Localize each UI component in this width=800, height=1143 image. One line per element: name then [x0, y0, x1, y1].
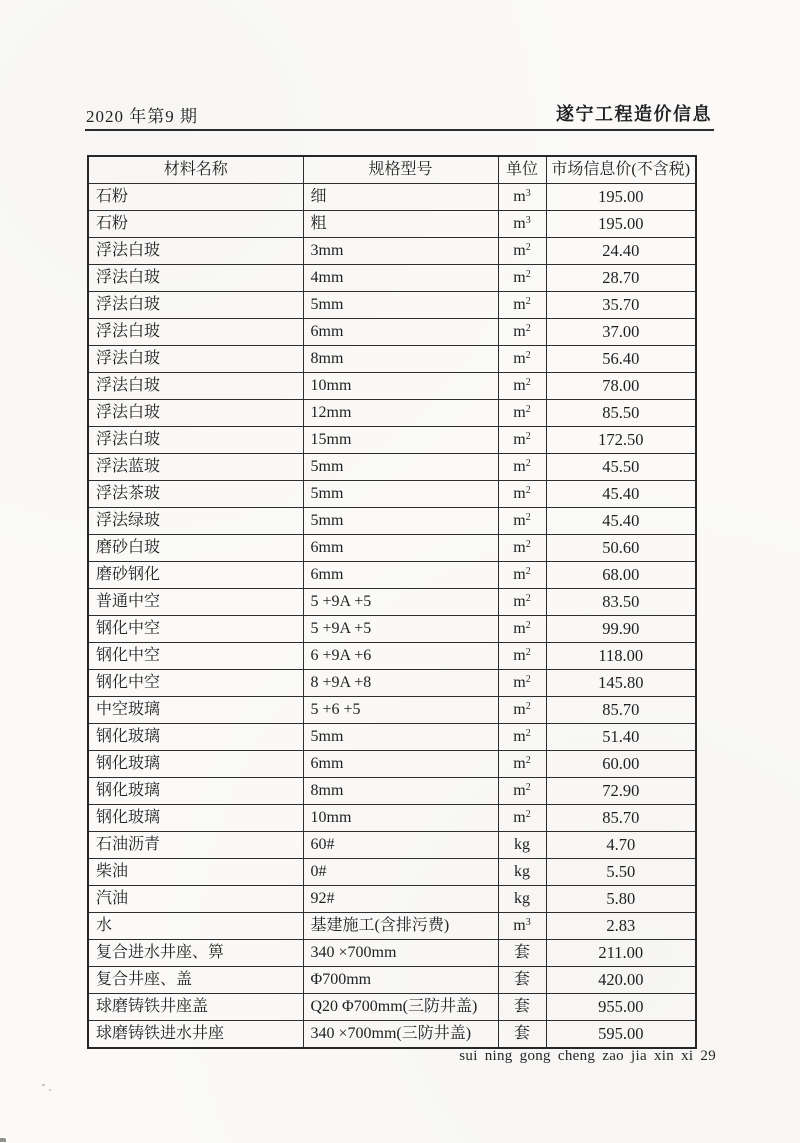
price-cell: 211.00 [546, 940, 696, 967]
spec-cell: 60# [303, 832, 498, 859]
unit-base: m [513, 782, 525, 799]
unit-cell: kg [498, 859, 546, 886]
table-row: 钢化中空8 +9A +8m2145.80 [88, 670, 696, 697]
unit-exponent: 2 [526, 593, 531, 604]
table-row: 磨砂白玻6mmm250.60 [88, 535, 696, 562]
table-row: 浮法白玻10mmm278.00 [88, 373, 696, 400]
unit-base: m [513, 323, 525, 340]
unit-base: m [513, 674, 525, 691]
spec-cell: 5 +9A +5 [303, 616, 498, 643]
material-name-cell: 钢化中空 [88, 616, 303, 643]
unit-cell: m2 [498, 805, 546, 832]
price-cell: 85.70 [546, 697, 696, 724]
material-price-table: 材料名称规格型号单位市场信息价(不含税) 石粉细m3195.00石粉粗m3195… [87, 155, 697, 1049]
unit-cell: m3 [498, 913, 546, 940]
table-row: 复合进水井座、箅340 ×700mm套211.00 [88, 940, 696, 967]
price-cell: 68.00 [546, 562, 696, 589]
table-row: 汽油92#kg5.80 [88, 886, 696, 913]
spec-cell: 4mm [303, 265, 498, 292]
spec-cell: 5mm [303, 481, 498, 508]
column-header: 市场信息价(不含税) [546, 156, 696, 184]
table-row: 浮法白玻12mmm285.50 [88, 400, 696, 427]
unit-cell: m2 [498, 454, 546, 481]
unit-cell: m2 [498, 373, 546, 400]
material-name-cell: 石粉 [88, 184, 303, 211]
material-name-cell: 浮法白玻 [88, 427, 303, 454]
spec-cell: 基建施工(含排污费) [303, 913, 498, 940]
price-cell: 28.70 [546, 265, 696, 292]
spec-cell: 8 +9A +8 [303, 670, 498, 697]
unit-base: 套 [514, 944, 530, 961]
unit-cell: m2 [498, 778, 546, 805]
material-name-cell: 球磨铸铁进水井座 [88, 1021, 303, 1049]
price-cell: 24.40 [546, 238, 696, 265]
unit-exponent: 2 [526, 674, 531, 685]
spec-cell: 340 ×700mm(三防井盖) [303, 1021, 498, 1049]
unit-exponent: 2 [526, 647, 531, 658]
unit-base: m [513, 350, 525, 367]
material-name-cell: 普通中空 [88, 589, 303, 616]
table-row: 复合井座、盖Φ700mm套420.00 [88, 967, 696, 994]
table-row: 钢化玻璃10mmm285.70 [88, 805, 696, 832]
spec-cell: 340 ×700mm [303, 940, 498, 967]
material-name-cell: 球磨铸铁井座盖 [88, 994, 303, 1021]
price-cell: 5.50 [546, 859, 696, 886]
material-name-cell: 浮法白玻 [88, 346, 303, 373]
spec-cell: 5mm [303, 292, 498, 319]
unit-base: m [513, 404, 525, 421]
unit-exponent: 2 [526, 701, 531, 712]
unit-cell: m2 [498, 562, 546, 589]
unit-cell: m2 [498, 481, 546, 508]
material-name-cell: 汽油 [88, 886, 303, 913]
price-cell: 955.00 [546, 994, 696, 1021]
price-cell: 118.00 [546, 643, 696, 670]
spec-cell: Φ700mm [303, 967, 498, 994]
spec-cell: 10mm [303, 373, 498, 400]
unit-exponent: 3 [526, 188, 531, 199]
table-row: 钢化玻璃8mmm272.90 [88, 778, 696, 805]
column-header: 单位 [498, 156, 546, 184]
unit-exponent: 2 [526, 431, 531, 442]
table-row: 钢化玻璃5mmm251.40 [88, 724, 696, 751]
table-row: 浮法茶玻5mmm245.40 [88, 481, 696, 508]
table-row: 中空玻璃5 +6 +5m285.70 [88, 697, 696, 724]
unit-base: 套 [514, 971, 530, 988]
unit-exponent: 3 [526, 917, 531, 928]
spec-cell: 5 +6 +5 [303, 697, 498, 724]
header-rule [85, 129, 714, 131]
price-cell: 195.00 [546, 211, 696, 238]
unit-cell: m2 [498, 751, 546, 778]
table-row: 球磨铸铁井座盖Q20 Φ700mm(三防井盖)套955.00 [88, 994, 696, 1021]
issue-label: 2020 年第9 期 [86, 102, 198, 127]
unit-cell: 套 [498, 967, 546, 994]
material-name-cell: 柴油 [88, 859, 303, 886]
unit-base: 套 [514, 998, 530, 1015]
price-cell: 4.70 [546, 832, 696, 859]
material-name-cell: 钢化中空 [88, 643, 303, 670]
spec-cell: 15mm [303, 427, 498, 454]
unit-cell: m2 [498, 643, 546, 670]
unit-base: m [513, 512, 525, 529]
price-cell: 5.80 [546, 886, 696, 913]
spec-cell: 5mm [303, 454, 498, 481]
unit-base: kg [514, 890, 530, 907]
column-header: 规格型号 [303, 156, 498, 184]
material-name-cell: 浮法蓝玻 [88, 454, 303, 481]
material-name-cell: 石粉 [88, 211, 303, 238]
table-row: 浮法白玻3mmm224.40 [88, 238, 696, 265]
unit-exponent: 2 [526, 296, 531, 307]
material-name-cell: 浮法白玻 [88, 265, 303, 292]
unit-cell: m2 [498, 724, 546, 751]
table-row: 浮法绿玻5mmm245.40 [88, 508, 696, 535]
unit-cell: m2 [498, 346, 546, 373]
price-cell: 99.90 [546, 616, 696, 643]
material-name-cell: 浮法绿玻 [88, 508, 303, 535]
material-name-cell: 浮法白玻 [88, 319, 303, 346]
unit-cell: m2 [498, 535, 546, 562]
unit-cell: kg [498, 886, 546, 913]
unit-cell: m2 [498, 265, 546, 292]
price-cell: 72.90 [546, 778, 696, 805]
unit-base: kg [514, 863, 530, 880]
price-cell: 37.00 [546, 319, 696, 346]
unit-cell: m2 [498, 589, 546, 616]
unit-base: m [513, 809, 525, 826]
table-row: 浮法白玻5mmm235.70 [88, 292, 696, 319]
unit-exponent: 2 [526, 323, 531, 334]
scan-edge-mark [0, 1138, 6, 1142]
unit-base: m [513, 755, 525, 772]
unit-exponent: 2 [526, 809, 531, 820]
material-name-cell: 钢化玻璃 [88, 751, 303, 778]
unit-base: m [513, 269, 525, 286]
unit-cell: m2 [498, 319, 546, 346]
unit-exponent: 2 [526, 782, 531, 793]
table-row: 钢化中空5 +9A +5m299.90 [88, 616, 696, 643]
material-name-cell: 复合井座、盖 [88, 967, 303, 994]
material-name-cell: 磨砂白玻 [88, 535, 303, 562]
unit-cell: 套 [498, 994, 546, 1021]
table-row: 浮法白玻8mmm256.40 [88, 346, 696, 373]
spec-cell: 5mm [303, 724, 498, 751]
unit-base: m [513, 377, 525, 394]
material-name-cell: 浮法茶玻 [88, 481, 303, 508]
spec-cell: 6mm [303, 751, 498, 778]
unit-exponent: 2 [526, 404, 531, 415]
spec-cell: 3mm [303, 238, 498, 265]
table-row: 柴油0#kg5.50 [88, 859, 696, 886]
unit-base: m [513, 620, 525, 637]
table-row: 石油沥青60#kg4.70 [88, 832, 696, 859]
material-name-cell: 水 [88, 913, 303, 940]
material-name-cell: 浮法白玻 [88, 292, 303, 319]
column-header: 材料名称 [88, 156, 303, 184]
spec-cell: 8mm [303, 778, 498, 805]
unit-cell: m2 [498, 238, 546, 265]
price-cell: 50.60 [546, 535, 696, 562]
unit-exponent: 2 [526, 512, 531, 523]
price-cell: 172.50 [546, 427, 696, 454]
table-row: 钢化玻璃6mmm260.00 [88, 751, 696, 778]
header-row: 材料名称规格型号单位市场信息价(不含税) [88, 156, 696, 184]
unit-exponent: 3 [526, 215, 531, 226]
price-cell: 2.83 [546, 913, 696, 940]
table-row: 浮法蓝玻5mmm245.50 [88, 454, 696, 481]
page-footer: sui ning gong cheng zao jia xin xi 29 [459, 1048, 716, 1065]
scanned-page: 2020 年第9 期 遂宁工程造价信息 材料名称规格型号单位市场信息价(不含税)… [0, 0, 800, 1143]
unit-cell: m2 [498, 616, 546, 643]
unit-base: 套 [514, 1025, 530, 1042]
price-cell: 85.70 [546, 805, 696, 832]
unit-cell: 套 [498, 940, 546, 967]
material-name-cell: 中空玻璃 [88, 697, 303, 724]
price-cell: 145.80 [546, 670, 696, 697]
material-name-cell: 钢化玻璃 [88, 724, 303, 751]
spec-cell: 粗 [303, 211, 498, 238]
scan-speck [49, 1089, 51, 1091]
table-row: 水基建施工(含排污费)m32.83 [88, 913, 696, 940]
unit-exponent: 2 [526, 485, 531, 496]
unit-base: m [513, 215, 525, 232]
price-cell: 35.70 [546, 292, 696, 319]
price-cell: 595.00 [546, 1021, 696, 1049]
price-cell: 45.50 [546, 454, 696, 481]
spec-cell: Q20 Φ700mm(三防井盖) [303, 994, 498, 1021]
scan-speck [42, 1084, 45, 1086]
spec-cell: 细 [303, 184, 498, 211]
unit-exponent: 2 [526, 539, 531, 550]
material-name-cell: 浮法白玻 [88, 400, 303, 427]
unit-base: m [513, 566, 525, 583]
table-row: 浮法白玻6mmm237.00 [88, 319, 696, 346]
spec-cell: 5mm [303, 508, 498, 535]
unit-base: m [513, 242, 525, 259]
unit-cell: m2 [498, 670, 546, 697]
material-name-cell: 钢化中空 [88, 670, 303, 697]
price-cell: 51.40 [546, 724, 696, 751]
unit-cell: m3 [498, 211, 546, 238]
publication-title: 遂宁工程造价信息 [556, 100, 712, 126]
spec-cell: 5 +9A +5 [303, 589, 498, 616]
spec-cell: 92# [303, 886, 498, 913]
unit-exponent: 2 [526, 269, 531, 280]
spec-cell: 6mm [303, 319, 498, 346]
unit-base: m [513, 593, 525, 610]
unit-cell: m2 [498, 697, 546, 724]
unit-cell: kg [498, 832, 546, 859]
material-name-cell: 钢化玻璃 [88, 805, 303, 832]
spec-cell: 8mm [303, 346, 498, 373]
price-cell: 420.00 [546, 967, 696, 994]
unit-base: m [513, 188, 525, 205]
unit-exponent: 2 [526, 620, 531, 631]
unit-base: m [513, 296, 525, 313]
table-row: 普通中空5 +9A +5m283.50 [88, 589, 696, 616]
unit-base: m [513, 728, 525, 745]
unit-cell: 套 [498, 1021, 546, 1049]
unit-cell: m2 [498, 400, 546, 427]
unit-exponent: 2 [526, 377, 531, 388]
material-name-cell: 钢化玻璃 [88, 778, 303, 805]
unit-base: m [513, 431, 525, 448]
table-row: 浮法白玻4mmm228.70 [88, 265, 696, 292]
unit-cell: m3 [498, 184, 546, 211]
unit-exponent: 2 [526, 350, 531, 361]
unit-cell: m2 [498, 508, 546, 535]
spec-cell: 6mm [303, 535, 498, 562]
unit-base: m [513, 917, 525, 934]
table-row: 石粉粗m3195.00 [88, 211, 696, 238]
unit-cell: m2 [498, 292, 546, 319]
unit-base: m [513, 647, 525, 664]
unit-base: m [513, 458, 525, 475]
unit-exponent: 2 [526, 755, 531, 766]
table-row: 石粉细m3195.00 [88, 184, 696, 211]
spec-cell: 6mm [303, 562, 498, 589]
spec-cell: 6 +9A +6 [303, 643, 498, 670]
table-row: 浮法白玻15mmm2172.50 [88, 427, 696, 454]
unit-exponent: 2 [526, 566, 531, 577]
material-name-cell: 石油沥青 [88, 832, 303, 859]
material-name-cell: 浮法白玻 [88, 373, 303, 400]
unit-cell: m2 [498, 427, 546, 454]
unit-base: m [513, 701, 525, 718]
table-row: 球磨铸铁进水井座340 ×700mm(三防井盖)套595.00 [88, 1021, 696, 1049]
spec-cell: 12mm [303, 400, 498, 427]
unit-exponent: 2 [526, 728, 531, 739]
price-cell: 45.40 [546, 508, 696, 535]
unit-base: kg [514, 836, 530, 853]
price-cell: 78.00 [546, 373, 696, 400]
price-cell: 56.40 [546, 346, 696, 373]
spec-cell: 0# [303, 859, 498, 886]
material-name-cell: 磨砂钢化 [88, 562, 303, 589]
price-cell: 195.00 [546, 184, 696, 211]
unit-exponent: 2 [526, 242, 531, 253]
unit-base: m [513, 539, 525, 556]
spec-cell: 10mm [303, 805, 498, 832]
price-cell: 83.50 [546, 589, 696, 616]
unit-exponent: 2 [526, 458, 531, 469]
price-cell: 60.00 [546, 751, 696, 778]
price-cell: 45.40 [546, 481, 696, 508]
table-row: 磨砂钢化6mmm268.00 [88, 562, 696, 589]
table-row: 钢化中空6 +9A +6m2118.00 [88, 643, 696, 670]
unit-base: m [513, 485, 525, 502]
price-cell: 85.50 [546, 400, 696, 427]
material-name-cell: 复合进水井座、箅 [88, 940, 303, 967]
material-name-cell: 浮法白玻 [88, 238, 303, 265]
